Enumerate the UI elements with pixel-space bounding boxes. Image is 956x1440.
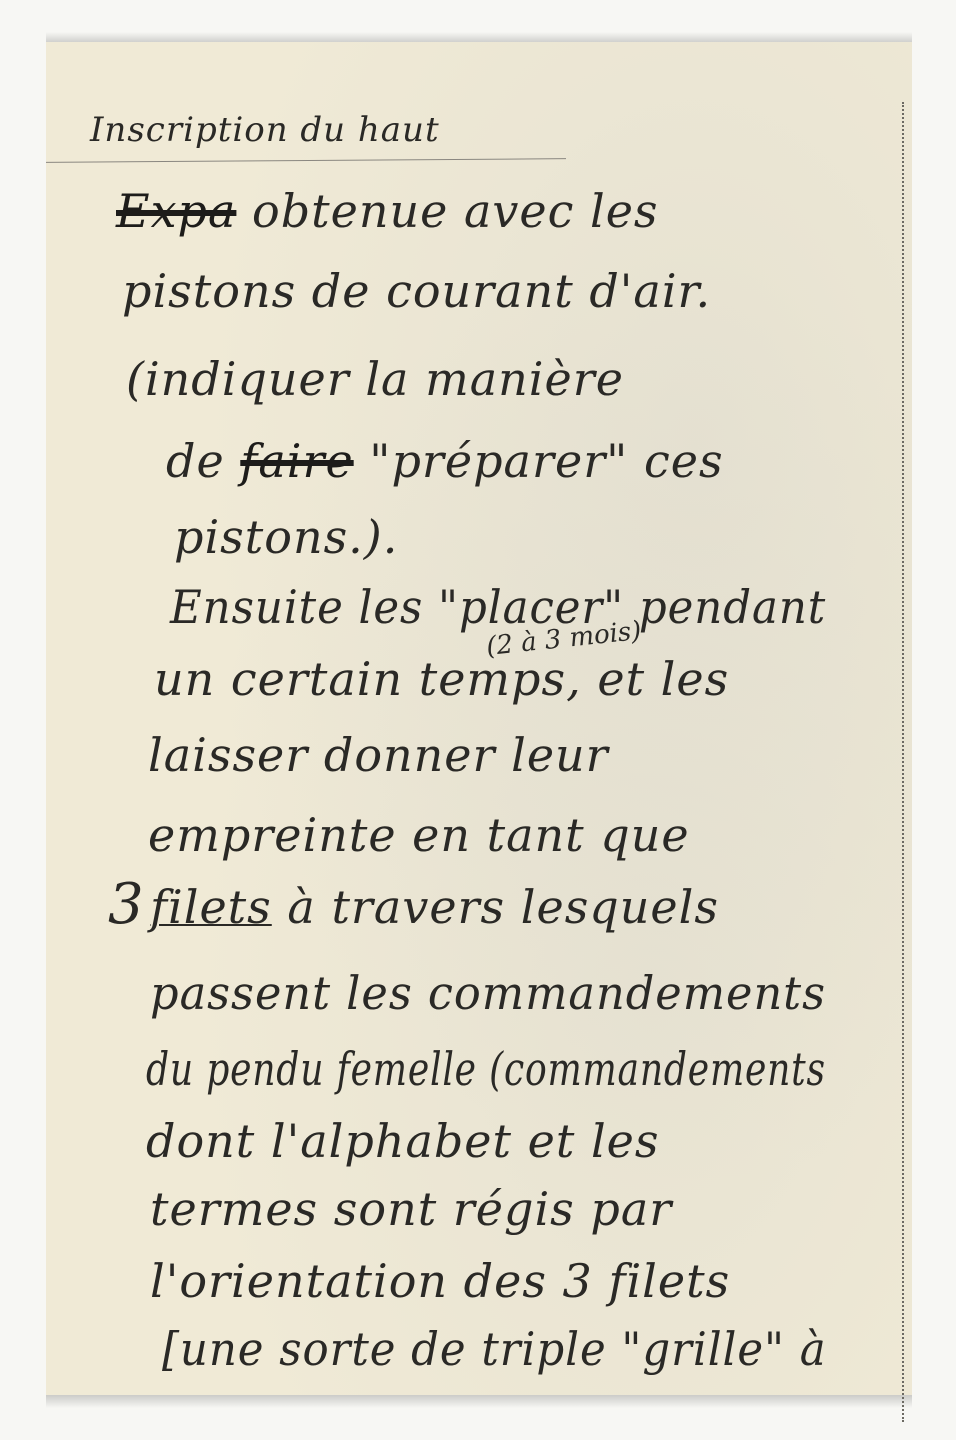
note-line-5: pistons.). <box>174 510 398 564</box>
note-line-8: laisser donner leur <box>148 728 609 782</box>
note-line-3: (indiquer la manière <box>126 352 624 406</box>
note-line-13: dont l'alphabet et les <box>146 1114 660 1168</box>
note-title: Inscription du haut <box>90 110 440 150</box>
note-line-6: Ensuite les "placer" pendant <box>170 580 826 634</box>
note-line-4: de faire "préparer" ces <box>166 434 724 488</box>
note-line-1: Expa obtenue avec les <box>116 184 659 238</box>
note-line-9: empreinte en tant que <box>148 808 690 862</box>
note-line-10: filets à travers lesquels <box>150 880 719 934</box>
number-three: 3 <box>108 872 144 937</box>
manuscript-page: Inscription du haut Expa obtenue avec le… <box>46 42 912 1395</box>
right-margin-line <box>902 102 905 1422</box>
struck-word: Expa <box>116 184 236 238</box>
note-line-11: passent les commandements <box>150 966 826 1020</box>
title-divider <box>46 158 566 163</box>
note-line-7: un certain temps, et les <box>154 652 729 706</box>
note-line-15: l'orientation des 3 filets <box>150 1254 730 1308</box>
note-line-2: pistons de courant d'air. <box>122 264 711 318</box>
note-line-12: du pendu femelle (commandements <box>146 1042 826 1096</box>
underlined-word: filets <box>150 880 272 934</box>
struck-word: faire <box>240 434 353 488</box>
paper-bottom-shadow <box>46 1394 912 1408</box>
note-line-16: [une sorte de triple "grille" à <box>162 1322 827 1376</box>
note-line-14: termes sont régis par <box>150 1182 672 1236</box>
